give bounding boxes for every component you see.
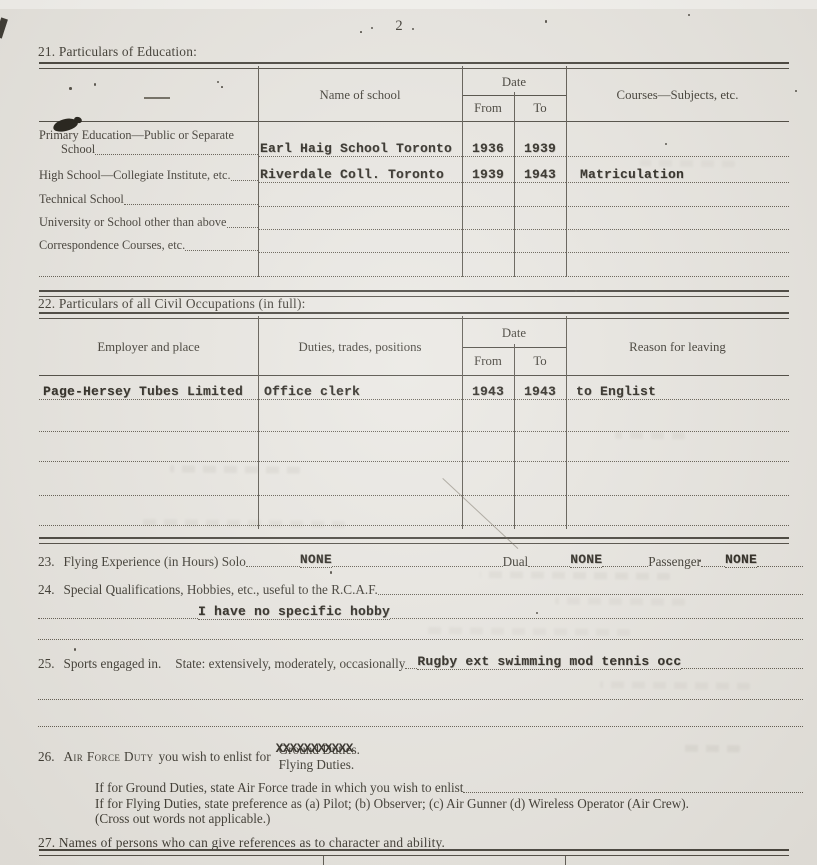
paper-speck [217,81,219,83]
bleed-through-artifact [420,627,630,636]
school-cell: Earl Haig School Toronto [258,122,462,160]
dotted-leader [701,566,725,567]
ground-duties-option-struck-out: Ground Duties. XXXXXXXXXXX [279,743,360,758]
column-divider [258,316,259,529]
duty-options: Ground Duties. XXXXXXXXXXX Flying Duties… [279,743,360,772]
flying-experience-label: Flying Experience (in Hours) Solo [63,554,245,570]
dotted-leader [757,566,803,567]
education-row-primary: Primary Education—Public or Separate Sch… [39,122,789,160]
dotted-leader [231,180,258,181]
from-cell: 1936 [462,122,514,160]
sports-answer: Rugby ext swimming mod tennis occ [417,654,681,670]
education-header-from: From [462,96,514,121]
to-cell: 1943 [514,376,566,403]
education-row-correspondence: Correspondence Courses, etc. [39,233,789,256]
occupations-table-header: Employer and place Duties, trades, posit… [39,319,789,376]
note-flying-duties: If for Flying Duties, state preference a… [95,796,803,811]
section-22-heading: 22. Particulars of all Civil Occupations… [38,296,306,312]
item-number: 23. [38,554,54,570]
table-bottom-rule [39,537,789,544]
dotted-leader [227,227,259,228]
bleed-through-artifact [640,160,735,168]
paper-speck [545,20,547,23]
education-header-name: Name of school [258,69,462,121]
from-to-divider [514,344,515,529]
occupations-header-to: To [514,348,566,375]
dotted-leader [681,668,803,669]
scanned-form-page: 2 21. Particulars of Education: Name of … [0,0,817,865]
paper-speck [412,28,414,30]
dotted-leader [390,618,803,619]
duties-cell: Office clerk [258,376,462,403]
paper-speck [665,143,667,145]
dotted-leader [463,792,803,793]
references-table-top-rule [39,849,789,856]
from-cell: 1943 [462,376,514,403]
education-row-technical: Technical School [39,186,789,210]
paper-speck [74,648,76,651]
education-header-courses: Courses—Subjects, etc. [566,69,789,121]
enlist-for-label: you wish to enlist for [159,749,271,765]
dotted-leader [124,204,258,205]
air-force-duty-line: 26. Air Force Duty you wish to enlist fo… [38,740,360,772]
dotted-leader [528,566,570,567]
blank-dotted-line [38,699,803,700]
item-number: 26. [38,749,54,765]
paper-speck [69,87,72,90]
paper-speck [699,560,701,562]
education-row-university: University or School other than above [39,210,789,233]
note-ground-duties: If for Ground Duties, state Air Force tr… [95,780,803,795]
paper-speck [330,571,332,574]
to-cell: 1943 [514,160,566,186]
dotted-leader [38,618,198,619]
dotted-leader [185,250,258,251]
qualifications-label: Special Qualifications, Hobbies, etc., u… [63,582,377,598]
qualifications-answer-line: I have no specific hobby [38,602,803,622]
occupation-row: Page-Hersey Tubes Limited Office clerk 1… [39,376,789,403]
education-header-blank-cell [39,69,258,121]
page-number: 2 [386,18,412,35]
dotted-leader [378,594,803,595]
qualifications-line: 24. Special Qualifications, Hobbies, etc… [38,578,803,598]
reason-cell: to Englist [566,376,789,403]
paper-speck [536,612,538,614]
section-21-heading: 21. Particulars of Education: [38,44,197,60]
education-header-to: To [514,96,566,121]
sports-line: 25. Sports engaged in. State: extensivel… [38,652,803,672]
from-to-divider [514,92,515,276]
occupations-header-duties: Duties, trades, positions [258,319,462,375]
paper-speck [360,31,362,33]
column-divider [462,66,463,276]
education-table-header: Name of school Date From To Courses—Subj… [39,69,789,122]
solo-hours-value: NONE [300,552,332,568]
paper-top-edge [0,0,817,9]
paper-speck [795,90,797,92]
blank-dotted-line [38,639,803,640]
typed-x-obliteration: XXXXXXXXXXX [276,742,353,757]
passenger-hours-value: NONE [725,552,757,568]
paper-edge-mark [0,17,8,38]
to-cell: 1939 [514,122,566,160]
dual-label: Dual [503,554,529,570]
school-cell: Riverdale Coll. Toronto [258,160,462,186]
dotted-leader [95,154,258,155]
note-cross-out: (Cross out words not applicable.) [95,811,803,826]
references-column-divider [565,856,566,865]
column-divider [258,66,259,276]
hobby-answer: I have no specific hobby [198,604,390,620]
courses-cell [566,122,789,160]
stray-dash-mark [144,97,170,99]
dotted-leader [405,668,417,669]
education-row-blank [39,256,789,280]
occupation-row-blank [39,435,789,465]
bleed-through-artifact [555,597,685,605]
sports-state-label: State: extensively, moderately, occasion… [175,656,405,672]
item-number: 24. [38,582,54,598]
employer-cell: Page-Hersey Tubes Limited [39,376,258,403]
table-top-rule [39,62,789,69]
flying-duties-option: Flying Duties. [279,757,354,772]
references-column-divider [323,856,324,865]
paper-speck [221,86,223,88]
blank-dotted-line [38,726,803,727]
occupations-table: Employer and place Duties, trades, posit… [39,312,789,544]
column-divider [566,66,567,276]
bleed-through-artifact [600,681,750,690]
dual-hours-value: NONE [570,552,602,568]
dotted-leader [332,566,503,567]
bleed-through-artifact [680,745,740,753]
occupations-header-employer: Employer and place [39,319,258,375]
paper-speck [371,27,373,29]
column-divider [566,316,567,529]
occupations-header-from: From [462,348,514,375]
bleed-through-artifact [615,432,685,440]
dotted-leader [602,566,648,567]
sports-label: Sports engaged in. [63,656,161,672]
paper-speck [575,290,577,292]
air-force-duty-label: Air Force Duty [63,749,153,765]
occupations-header-reason: Reason for leaving [566,319,789,375]
occupation-row-blank [39,403,789,435]
from-cell: 1939 [462,160,514,186]
bleed-through-artifact [170,465,300,473]
occupation-row-blank [39,465,789,499]
paper-speck [94,83,96,86]
flying-experience-line: 23. Flying Experience (in Hours) Solo NO… [38,550,803,570]
table-top-rule [39,312,789,319]
paper-speck [688,14,690,16]
passenger-label: Passenger [648,554,701,570]
item-number: 25. [38,656,54,672]
education-table: Name of school Date From To Courses—Subj… [39,62,789,297]
dotted-leader [246,566,300,567]
